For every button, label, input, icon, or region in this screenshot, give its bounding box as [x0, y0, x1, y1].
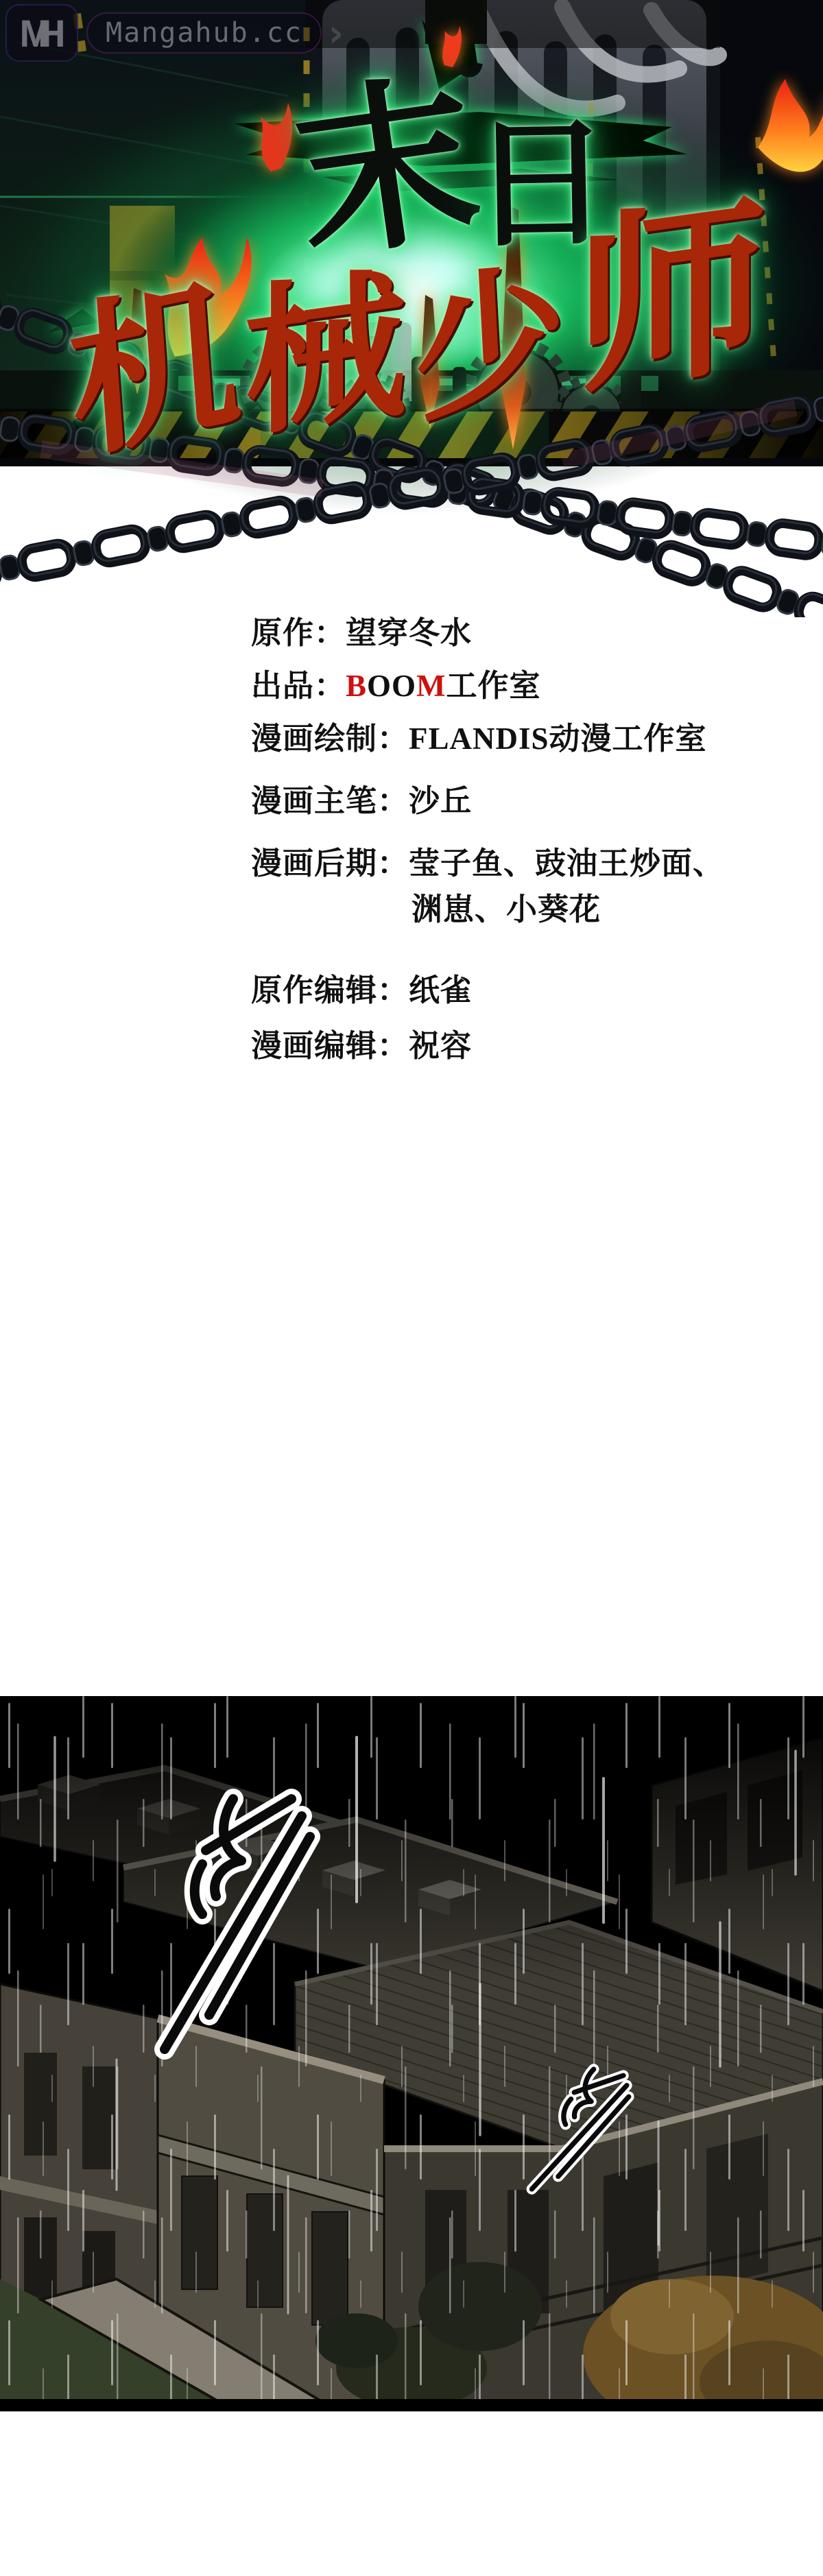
- credit-value: 渊崽、小葵花: [411, 892, 601, 927]
- title-header-art: 末日 机械少师 MH Mangahub.cc ›: [0, 0, 823, 617]
- credit-line: 渊崽、小葵花: [411, 884, 601, 929]
- credit-value: 祝容: [409, 1029, 472, 1063]
- panel-border: [0, 2399, 823, 2411]
- mangahub-logo-icon: MH: [5, 4, 78, 62]
- credit-label: 漫画编辑：: [251, 1029, 409, 1063]
- credit-label: 出品：: [251, 669, 346, 703]
- rain-scene-panel: [0, 1696, 823, 2411]
- watermark-site-text: Mangahub.cc: [86, 12, 322, 53]
- rain-layer: [0, 1696, 823, 2411]
- credit-line: 原作：望穿冬水: [251, 608, 472, 652]
- credit-line: 漫画绘制：FLANDIS动漫工作室: [251, 713, 707, 758]
- credit-label: 漫画绘制：: [251, 721, 409, 756]
- credit-label: 漫画主笔：: [251, 784, 409, 818]
- credit-value: 纸雀: [409, 973, 472, 1007]
- credit-line: 漫画编辑：祝容: [251, 1021, 472, 1065]
- watermark: MH Mangahub.cc ›: [5, 4, 344, 62]
- credit-label: 原作编辑：: [251, 973, 409, 1007]
- title-logo-bottom: 机械少师: [56, 187, 783, 485]
- credit-label: 原作：: [251, 616, 346, 650]
- credit-line: 漫画主笔：沙丘: [251, 776, 472, 820]
- credit-value: 望穿冬水: [346, 616, 472, 650]
- credit-value: BOOM工作室: [346, 669, 541, 703]
- title-char: 师: [575, 131, 773, 430]
- credit-line: 漫画后期：莹子鱼、豉油王炒面、: [251, 838, 724, 883]
- credit-value: 莹子鱼、豉油王炒面、: [409, 846, 724, 881]
- manga-page: 末日 机械少师 MH Mangahub.cc › 原作：望穿冬水 出品：BOOM…: [0, 0, 823, 2576]
- credit-label: 漫画后期：: [251, 846, 409, 881]
- rain-scene-canvas: [0, 1696, 823, 2411]
- title-char: 械: [243, 214, 412, 468]
- credit-line: 原作编辑：纸雀: [251, 965, 472, 1010]
- chevron-right-icon: ›: [329, 12, 344, 55]
- title-char: 少: [407, 207, 577, 452]
- credit-value: 沙丘: [409, 784, 472, 818]
- credit-line: 出品：BOOM工作室: [251, 660, 541, 705]
- title-char: 机: [61, 219, 252, 491]
- credit-value: FLANDIS动漫工作室: [409, 721, 707, 756]
